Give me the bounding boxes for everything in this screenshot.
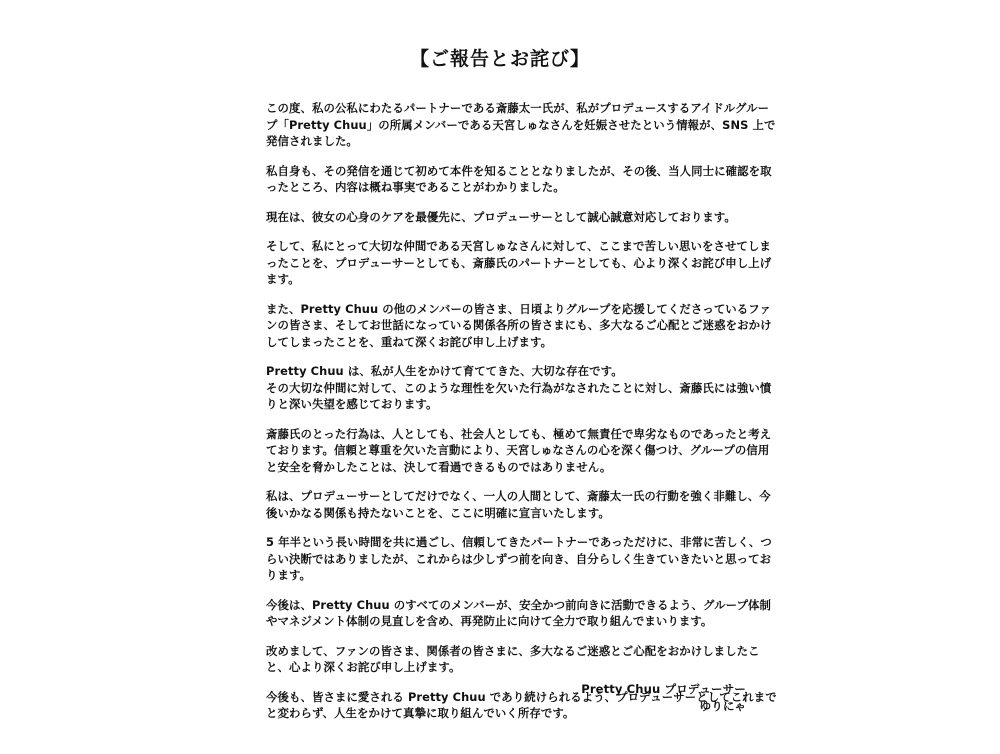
text-line: ります。	[266, 567, 746, 584]
paragraph-1: この度、私の公私にわたるパートナーである斎藤太一氏が、私がプロデュースするアイド…	[266, 100, 746, 150]
paragraph-9: 5 年半という長い時間を共に過ごし、信頼してきたパートナーであっただけに、非常に…	[266, 534, 746, 584]
text-line: この度、私の公私にわたるパートナーである斎藤太一氏が、私がプロデュースするアイド…	[266, 100, 746, 117]
text-line: ております。信頼と尊重を欠いた言動により、天宮しゅなさんの心を深く傷つけ、グルー…	[266, 442, 746, 459]
signature-name: ゆりにゃ	[581, 698, 746, 715]
text-line: また、Pretty Chuu の他のメンバーの皆さま、日頃よりグループを応援して…	[266, 301, 746, 318]
paragraph-2: 私自身も、その発信を通じて初めて本件を知ることとなりましたが、その後、当人同士に…	[266, 163, 746, 196]
text-line: 私は、プロデューサーとしてだけでなく、一人の人間として、斎藤太一氏の行動を強く非…	[266, 488, 746, 505]
text-line: プ「Pretty Chuu」の所属メンバーである天宮しゅなさんを妊娠させたという…	[266, 117, 746, 134]
text-line: その大切な仲間に対して、このような理性を欠いた行為がなされたことに対し、斎藤氏に…	[266, 380, 746, 397]
apology-letter-page: 【ご報告とお詫び】 この度、私の公私にわたるパートナーである斎藤太一氏が、私がプ…	[0, 0, 1000, 754]
paragraph-11: 改めまして、ファンの皆さま、関係者の皆さまに、多大なるご迷惑とご心配をおかけしま…	[266, 643, 746, 676]
text-line: 斎藤氏のとった行為は、人としても、社会人としても、極めて無責任で卑劣なものであっ…	[266, 426, 746, 443]
text-line: ンの皆さま、そしてお世話になっている関係各所の皆さまにも、多大なるご心配とご迷惑…	[266, 317, 746, 334]
text-line: ったところ、内容は概ね事実であることがわかりました。	[266, 179, 746, 196]
signature-block: Pretty Chuu プロデューサー ゆりにゃ	[581, 681, 746, 715]
paragraph-10: 今後は、Pretty Chuu のすべてのメンバーが、安全かつ前向きに活動できる…	[266, 597, 746, 630]
signature-role: Pretty Chuu プロデューサー	[581, 681, 746, 698]
paragraph-3: 現在は、彼女の心身のケアを最優先に、プロデューサーとして誠心誠意対応しております…	[266, 209, 746, 226]
text-line: そして、私にとって大切な仲間である天宮しゅなさんに対して、ここまで苦しい思いをさ…	[266, 238, 746, 255]
text-line: 5 年半という長い時間を共に過ごし、信頼してきたパートナーであっただけに、非常に…	[266, 534, 746, 551]
text-line: 私自身も、その発信を通じて初めて本件を知ることとなりましたが、その後、当人同士に…	[266, 163, 746, 180]
text-line: 改めまして、ファンの皆さま、関係者の皆さまに、多大なるご迷惑とご心配をおかけしま…	[266, 643, 746, 660]
text-line: と、心より深くお詫び申し上げます。	[266, 659, 746, 676]
document-title: 【ご報告とお詫び】	[0, 46, 1000, 72]
text-line: 現在は、彼女の心身のケアを最優先に、プロデューサーとして誠心誠意対応しております…	[266, 209, 746, 226]
text-line: Pretty Chuu は、私が人生をかけて育ててきた、大切な存在です。	[266, 363, 746, 380]
text-line: 発信されました。	[266, 133, 746, 150]
text-line: してしまったことを、重ねて深くお詫び申し上げます。	[266, 334, 746, 351]
paragraph-8: 私は、プロデューサーとしてだけでなく、一人の人間として、斎藤太一氏の行動を強く非…	[266, 488, 746, 521]
paragraph-5: また、Pretty Chuu の他のメンバーの皆さま、日頃よりグループを応援して…	[266, 301, 746, 351]
text-line: らい決断ではありましたが、これからは少しずつ前を向き、自分らしく生きていきたいと…	[266, 551, 746, 568]
paragraph-4: そして、私にとって大切な仲間である天宮しゅなさんに対して、ここまで苦しい思いをさ…	[266, 238, 746, 288]
letter-body: この度、私の公私にわたるパートナーである斎藤太一氏が、私がプロデュースするアイド…	[266, 100, 746, 735]
paragraph-7: 斎藤氏のとった行為は、人としても、社会人としても、極めて無責任で卑劣なものであっ…	[266, 426, 746, 476]
text-line: と安全を脅かしたことは、決して看過できるものではありません。	[266, 459, 746, 476]
text-line: りと深い失望を感じております。	[266, 396, 746, 413]
text-line: ったことを、プロデューサーとしても、斎藤氏のパートナーとしても、心より深くお詫び…	[266, 255, 746, 272]
text-line: 今後は、Pretty Chuu のすべてのメンバーが、安全かつ前向きに活動できる…	[266, 597, 746, 614]
text-line: ます。	[266, 271, 746, 288]
paragraph-6: Pretty Chuu は、私が人生をかけて育ててきた、大切な存在です。 その大…	[266, 363, 746, 413]
text-line: やマネジメント体制の見直しを含め、再発防止に向けて全力で取り組んでまいります。	[266, 613, 746, 630]
text-line: 後いかなる関係も持たないことを、ここに明確に宣言いたします。	[266, 505, 746, 522]
